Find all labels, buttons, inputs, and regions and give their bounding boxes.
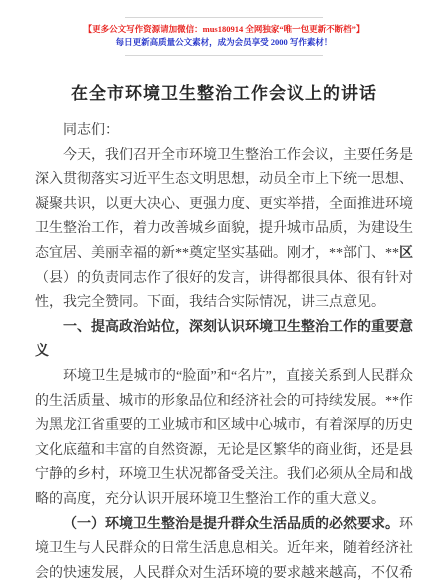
paragraph-item-1-lead: （一）环境卫生整治是提升群众生活品质的必然要求。 (63, 517, 399, 532)
page-number: 1 (0, 541, 448, 551)
paragraph-opening-text: 今天，我们召开全市环境卫生整治工作会议，主要任务是深入贯彻落实习近平生态文明思想… (35, 148, 413, 261)
document-body: 同志们： 今天，我们召开全市环境卫生整治工作会议，主要任务是深入贯彻落实习近平生… (0, 119, 448, 580)
paragraph-opening-bold: 区 (399, 246, 413, 261)
header-rule-bottom (125, 55, 323, 56)
ad-header-line-2: 每日更新高质量公文素材，成为会员享受 2000 写作素材！ (0, 37, 448, 48)
document-title: 在全市环境卫生整治工作会议上的讲话 (20, 82, 428, 106)
paragraph-opening: 今天，我们召开全市环境卫生整治工作会议，主要任务是深入贯彻落实习近平生态文明思想… (35, 144, 413, 316)
paragraph-significance: 环境卫生是城市的“脸面”和“名片”，直接关系到人民群众的生活质量、城市的形象品位… (35, 365, 413, 513)
salutation: 同志们： (35, 119, 413, 144)
document-page: 【更多公文写作资源请加微信：mus180914 全网独家“唯一包更新不断档”】 … (0, 0, 448, 580)
section-heading-1: 一、提高政治站位，深刻认识环境卫生整治工作的重要意义 (35, 316, 413, 365)
ad-header-line-1: 【更多公文写作资源请加微信：mus180914 全网独家“唯一包更新不断档”】 (0, 24, 448, 35)
paragraph-opening-rest: （县）的负责同志作了很好的发言，讲得都很具体、很有针对性，我完全赞同。下面，我结… (35, 271, 413, 311)
header-rule-top (125, 17, 323, 18)
